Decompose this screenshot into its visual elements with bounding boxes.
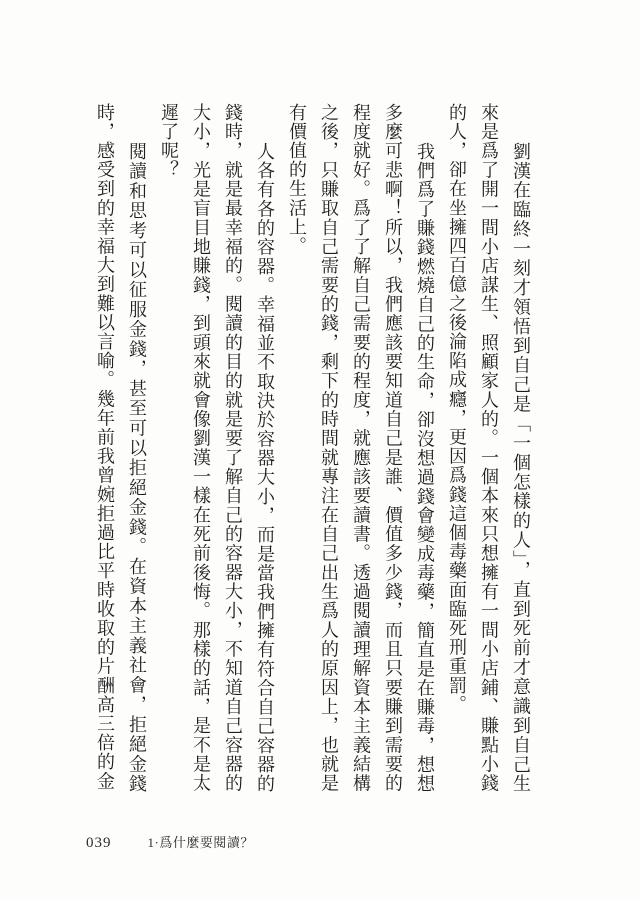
body-text: 劉漢在臨終一刻才領悟到自己是「一個怎樣的人」，直到死前才意識到自己生來是爲了開一… <box>89 103 537 793</box>
paragraph-3: 人各有各的容器。幸福並不取決於容器大小，而是當我們擁有符合自己容器的錢時，就是最… <box>153 103 281 793</box>
paragraph-1: 劉漢在臨終一刻才領悟到自己是「一個怎樣的人」，直到死前才意識到自己生來是爲了開一… <box>441 103 537 793</box>
page-footer: 039 1·爲什麼要閱讀？ <box>86 832 254 852</box>
paragraph-4: 閱讀和思考可以征服金錢，甚至可以拒絕金錢。在資本主義社會，拒絕金錢時，感受到的幸… <box>89 103 153 793</box>
chapter-title: 1·爲什麼要閱讀？ <box>148 832 254 851</box>
page-number: 039 <box>86 835 112 852</box>
paragraph-2: 我們爲了賺錢燃燒自己的生命，卻沒想過錢會變成毒藥，簡直是在賺毒，想想多麼可悲啊！… <box>281 103 441 793</box>
book-page: 劉漢在臨終一刻才領悟到自己是「一個怎樣的人」，直到死前才意識到自己生來是爲了開一… <box>0 0 640 900</box>
